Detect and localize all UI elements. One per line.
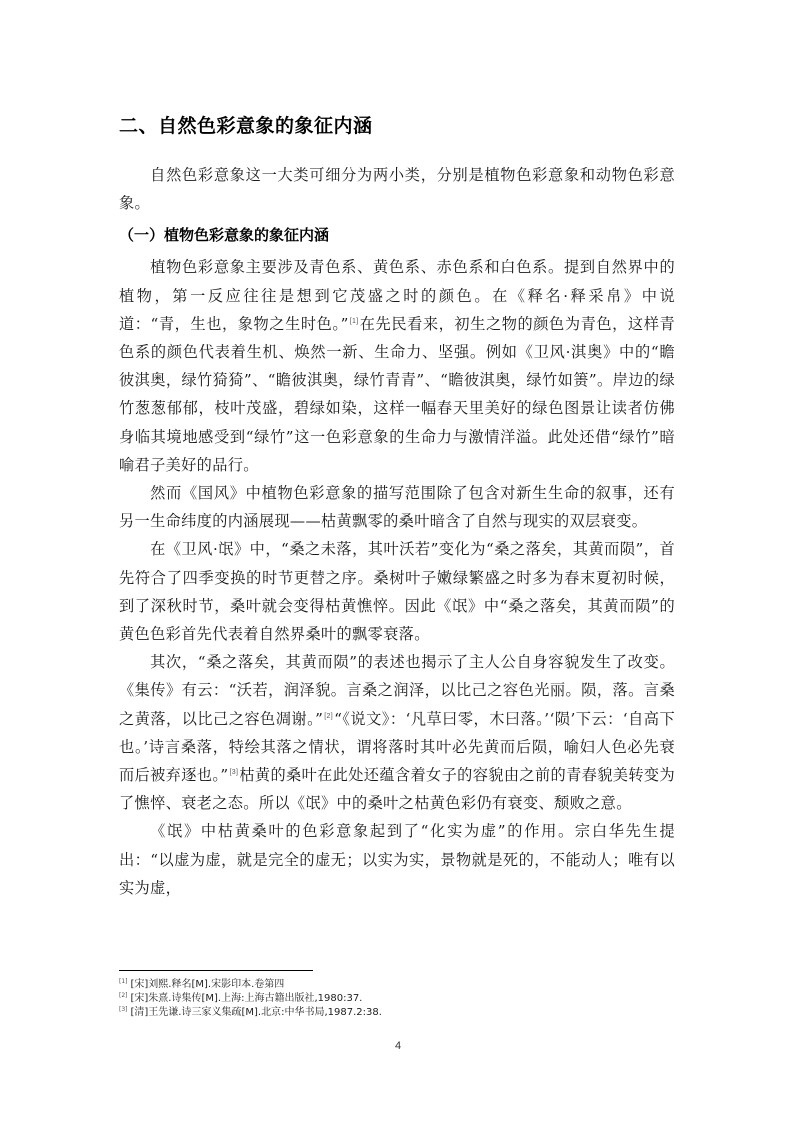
footnote-ref-1[interactable]: [1] [350,318,359,325]
footnote-ref-3[interactable]: [3] [229,769,238,776]
paragraph-plant-colors: 植物色彩意象主要涉及青色系、黄色系、赤色系和白色系。提到自然界中的植物，第一反应… [119,253,675,479]
footnotes: [1][宋]刘熙.释名[M].宋影印本.卷第四 [2][宋]朱熹.诗集传[M].… [119,978,679,1020]
footnote-ref-2[interactable]: [2] [324,713,333,720]
footnote-text: [清]王先谦.诗三家义集疏[M].北京:中华书局,1987.2:38. [131,1007,382,1018]
subsection-heading: （一）植物色彩意象的象征内涵 [119,221,675,249]
section-heading: 二、自然色彩意象的象征内涵 [119,112,675,140]
footnote-divider [119,970,313,971]
footnote-text: [宋]刘熙.释名[M].宋影印本.卷第四 [131,979,285,990]
paragraph-weifeng-mang: 在《卫风·氓》中，“桑之未落，其叶沃若”变化为“桑之落矣，其黄而陨”，首先符合了… [119,535,675,648]
footnote-1: [1][宋]刘熙.释名[M].宋影印本.卷第四 [119,978,679,992]
footnote-3: [3][清]王先谦.诗三家义集疏[M].北京:中华书局,1987.2:38. [119,1006,679,1020]
paragraph-guofeng: 然而《国风》中植物色彩意象的描写范围除了包含对新生生命的叙事，还有另一生命纬度的… [119,479,675,535]
document-page: 二、自然色彩意象的象征内涵 自然色彩意象这一大类可细分为两小类，分别是植物色彩意… [0,0,793,1122]
paragraph-text: 在先民看来，初生之物的颜色为青色，这样青色系的颜色代表着生机、焕然一新、生命力、… [119,315,675,474]
footnote-text: [宋]朱熹.诗集传[M].上海:上海古籍出版社,1980:37. [131,993,363,1004]
footnote-mark: [2] [119,992,128,999]
spacer [119,140,675,161]
footnote-2: [2][宋]朱熹.诗集传[M].上海:上海古籍出版社,1980:37. [119,992,679,1006]
body-text-area: 二、自然色彩意象的象征内涵 自然色彩意象这一大类可细分为两小类，分别是植物色彩意… [119,112,675,902]
paragraph-appearance-change: 其次，“桑之落矣，其黄而陨”的表述也揭示了主人公自身容貌发生了改变。《集传》有云… [119,648,675,817]
footnote-mark: [1] [119,978,128,985]
page-number: 4 [390,1040,406,1052]
paragraph-virtual-real: 《氓》中枯黄桑叶的色彩意象起到了“化实为虚”的作用。宗白华先生提出：“以虚为虚，… [119,817,675,902]
footnote-mark: [3] [119,1006,128,1013]
intro-paragraph: 自然色彩意象这一大类可细分为两小类，分别是植物色彩意象和动物色彩意象。 [119,161,675,217]
